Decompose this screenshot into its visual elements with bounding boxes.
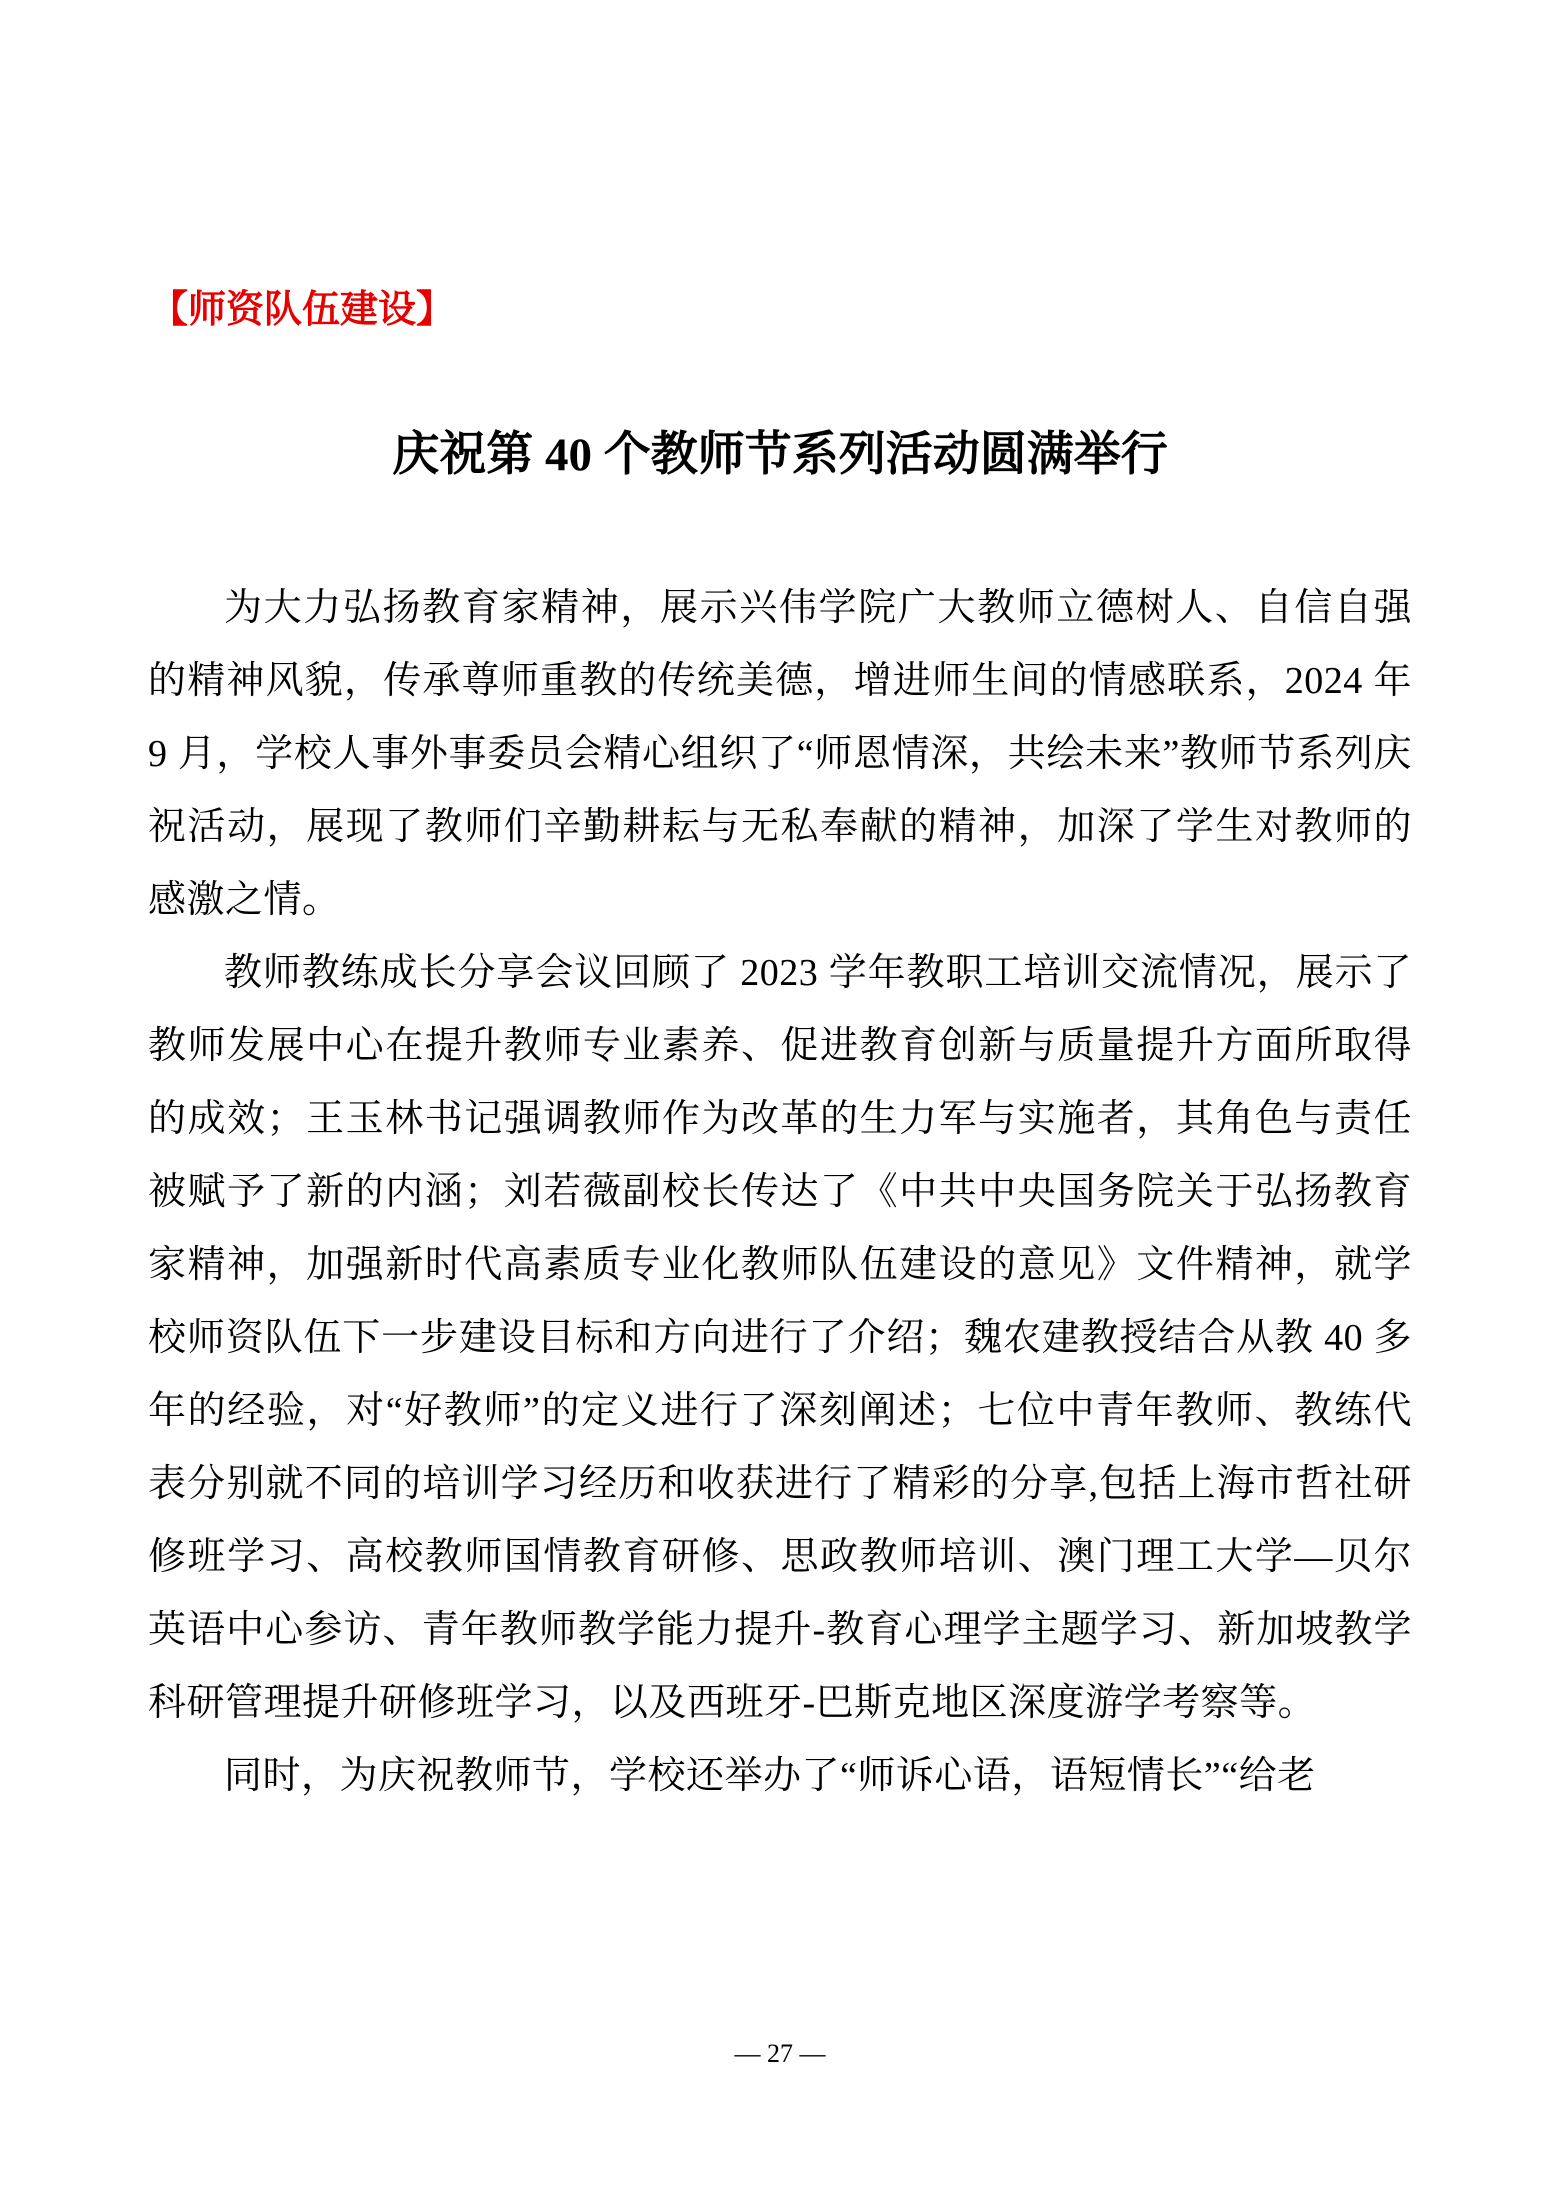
document-page: 【师资队伍建设】 庆祝第 40 个教师节系列活动圆满举行 为大力弘扬教育家精神，… xyxy=(0,0,1560,2207)
paragraph-1: 为大力弘扬教育家精神，展示兴伟学院广大教师立德树人、自信自强的精神风貌，传承尊师… xyxy=(148,572,1412,937)
paragraph-2: 教师教练成长分享会议回顾了 2023 学年教职工培训交流情况，展示了教师发展中心… xyxy=(148,937,1412,1740)
article-title: 庆祝第 40 个教师节系列活动圆满举行 xyxy=(148,424,1412,487)
paragraph-3: 同时，为庆祝教师节，学校还举办了“师诉心语，语短情长”“给老 xyxy=(148,1740,1412,1813)
section-heading: 【师资队伍建设】 xyxy=(150,288,454,334)
article-body: 为大力弘扬教育家精神，展示兴伟学院广大教师立德树人、自信自强的精神风貌，传承尊师… xyxy=(148,572,1412,1813)
page-number: — 27 — xyxy=(0,2038,1560,2069)
